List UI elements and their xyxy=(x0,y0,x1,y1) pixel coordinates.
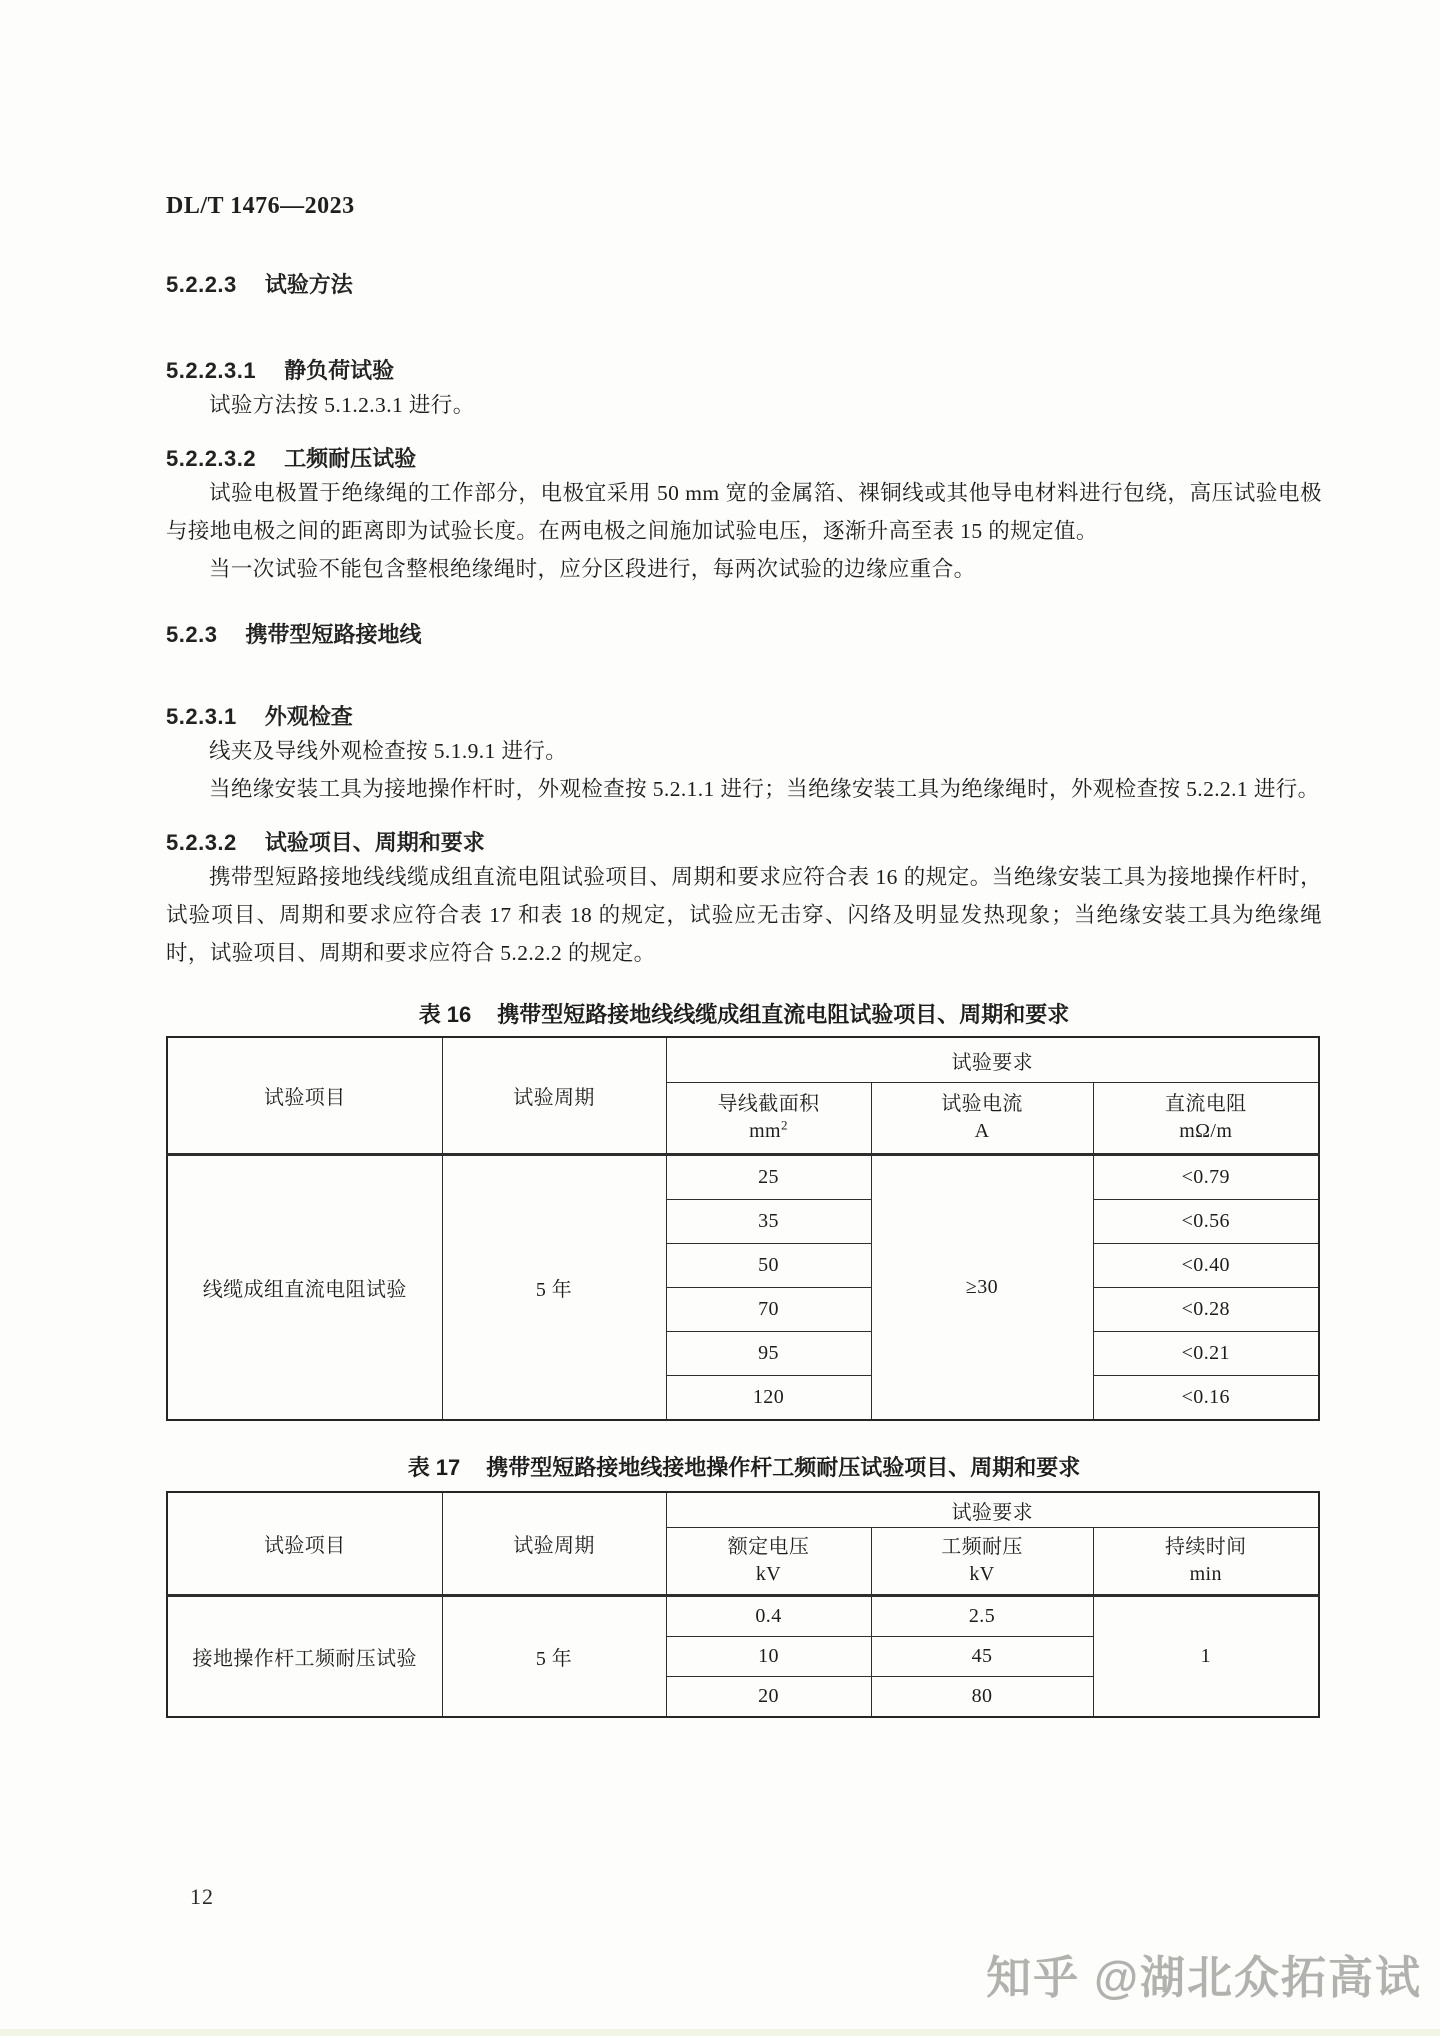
cell-resistance: <0.40 xyxy=(1093,1244,1319,1288)
document-page: DL/T 1476—2023 5.2.2.3试验方法 5.2.2.3.1静负荷试… xyxy=(0,0,1440,2036)
heading-number: 5.2.2.3.2 xyxy=(166,446,256,471)
heading-number: 5.2.2.3.1 xyxy=(166,358,256,383)
table-17-caption: 表 17携带型短路接地线接地操作杆工频耐压试验项目、周期和要求 xyxy=(166,1453,1322,1483)
subheader-unit: kV xyxy=(671,1561,867,1588)
header-cell-rated-voltage: 额定电压 kV xyxy=(666,1528,871,1596)
heading-number: 5.2.3 xyxy=(166,622,217,647)
page-number: 12 xyxy=(190,1884,214,1910)
paragraph-requirements: 携带型短路接地线线缆成组直流电阻试验项目、周期和要求应符合表 16 的规定。当绝… xyxy=(166,858,1322,972)
table-row: 接地操作杆工频耐压试验 5 年 0.4 2.5 1 xyxy=(167,1596,1319,1637)
header-cell-period: 试验周期 xyxy=(442,1037,666,1155)
header-cell-section-area: 导线截面积 mm2 xyxy=(666,1083,871,1155)
heading-title: 携带型短路接地线 xyxy=(245,622,421,647)
cell-section: 120 xyxy=(666,1376,871,1421)
paragraph-visual-check: 线夹及导线外观检查按 5.1.9.1 进行。 xyxy=(166,732,1322,770)
table-row: 线缆成组直流电阻试验 5 年 25 ≥30 <0.79 xyxy=(167,1155,1319,1200)
content-column: DL/T 1476—2023 5.2.2.3试验方法 5.2.2.3.1静负荷试… xyxy=(166,0,1322,1718)
heading-number: 5.2.3.1 xyxy=(166,704,237,729)
cell-current: ≥30 xyxy=(871,1155,1093,1421)
table-16-label: 表 16 xyxy=(419,1002,472,1027)
cell-test-item: 接地操作杆工频耐压试验 xyxy=(167,1596,442,1718)
header-cell-duration: 持续时间 min xyxy=(1093,1528,1319,1596)
scan-edge-strip xyxy=(0,2029,1440,2036)
cell-rated-voltage: 0.4 xyxy=(666,1596,871,1637)
heading-title: 外观检查 xyxy=(265,704,353,729)
table-16: 试验项目 试验周期 试验要求 导线截面积 mm2 试验电流 A 直流电阻 xyxy=(166,1036,1320,1421)
cell-resistance: <0.21 xyxy=(1093,1332,1319,1376)
heading-5-2-2-3-2: 5.2.2.3.2工频耐压试验 xyxy=(166,444,1322,474)
cell-rated-voltage: 10 xyxy=(666,1637,871,1677)
table-17: 试验项目 试验周期 试验要求 额定电压 kV 工频耐压 kV 持续时间 xyxy=(166,1491,1320,1718)
cell-period: 5 年 xyxy=(442,1596,666,1718)
watermark: 知乎@湖北众拓高试 xyxy=(986,1952,1422,2004)
header-cell-requirement: 试验要求 xyxy=(666,1037,1319,1083)
subheader-label: 持续时间 xyxy=(1098,1534,1315,1561)
header-cell-item: 试验项目 xyxy=(167,1037,442,1155)
heading-5-2-3-1: 5.2.3.1外观检查 xyxy=(166,702,1322,732)
cell-duration: 1 xyxy=(1093,1596,1319,1718)
paragraph-segments: 当一次试验不能包含整根绝缘绳时，应分区段进行，每两次试验的边缘应重合。 xyxy=(166,550,1322,588)
cell-withstand-voltage: 2.5 xyxy=(871,1596,1093,1637)
cell-section: 50 xyxy=(666,1244,871,1288)
heading-5-2-2-3: 5.2.2.3试验方法 xyxy=(166,270,1322,300)
cell-withstand-voltage: 45 xyxy=(871,1637,1093,1677)
header-cell-dc-resistance: 直流电阻 mΩ/m xyxy=(1093,1083,1319,1155)
heading-title: 工频耐压试验 xyxy=(284,446,416,471)
header-cell-item: 试验项目 xyxy=(167,1492,442,1596)
heading-number: 5.2.2.3 xyxy=(166,272,237,297)
subheader-label: 导线截面积 xyxy=(671,1091,867,1118)
heading-title: 静负荷试验 xyxy=(284,358,394,383)
subheader-unit: mΩ/m xyxy=(1098,1118,1315,1145)
cell-section: 35 xyxy=(666,1200,871,1244)
paragraph-visual-check-tools: 当绝缘安装工具为接地操作杆时，外观检查按 5.2.1.1 进行；当绝缘安装工具为… xyxy=(166,770,1322,808)
table-16-title: 携带型短路接地线线缆成组直流电阻试验项目、周期和要求 xyxy=(497,1002,1069,1027)
cell-resistance: <0.56 xyxy=(1093,1200,1319,1244)
subheader-unit: mm2 xyxy=(671,1118,867,1145)
subheader-unit: min xyxy=(1098,1561,1315,1588)
watermark-brand: 知乎 xyxy=(986,1952,1080,2003)
table-17-label: 表 17 xyxy=(408,1455,461,1480)
heading-5-2-3: 5.2.3携带型短路接地线 xyxy=(166,620,1322,650)
header-cell-requirement: 试验要求 xyxy=(666,1492,1319,1528)
cell-withstand-voltage: 80 xyxy=(871,1677,1093,1718)
subheader-unit: A xyxy=(876,1118,1089,1145)
paragraph-electrode: 试验电极置于绝缘绳的工作部分，电极宜采用 50 mm 宽的金属箔、裸铜线或其他导… xyxy=(166,474,1322,550)
header-cell-test-current: 试验电流 A xyxy=(871,1083,1093,1155)
cell-resistance: <0.79 xyxy=(1093,1155,1319,1200)
subheader-label: 额定电压 xyxy=(671,1534,867,1561)
standard-code: DL/T 1476—2023 xyxy=(166,190,1322,222)
table-17-title: 携带型短路接地线接地操作杆工频耐压试验项目、周期和要求 xyxy=(486,1455,1080,1480)
cell-resistance: <0.16 xyxy=(1093,1376,1319,1421)
watermark-user: @湖北众拓高试 xyxy=(1094,1952,1422,2003)
heading-title: 试验项目、周期和要求 xyxy=(265,830,485,855)
paragraph-test-method: 试验方法按 5.1.2.3.1 进行。 xyxy=(166,386,1322,424)
header-cell-pf-withstand: 工频耐压 kV xyxy=(871,1528,1093,1596)
heading-number: 5.2.3.2 xyxy=(166,830,237,855)
cell-section: 95 xyxy=(666,1332,871,1376)
header-cell-period: 试验周期 xyxy=(442,1492,666,1596)
table-16-header-row: 试验项目 试验周期 试验要求 xyxy=(167,1037,1319,1083)
cell-resistance: <0.28 xyxy=(1093,1288,1319,1332)
heading-5-2-2-3-1: 5.2.2.3.1静负荷试验 xyxy=(166,356,1322,386)
subheader-label: 直流电阻 xyxy=(1098,1091,1315,1118)
subheader-label: 试验电流 xyxy=(876,1091,1089,1118)
cell-section: 70 xyxy=(666,1288,871,1332)
heading-title: 试验方法 xyxy=(265,272,353,297)
subheader-unit: kV xyxy=(876,1561,1089,1588)
cell-rated-voltage: 20 xyxy=(666,1677,871,1718)
cell-section: 25 xyxy=(666,1155,871,1200)
table-16-caption: 表 16携带型短路接地线线缆成组直流电阻试验项目、周期和要求 xyxy=(166,1000,1322,1030)
heading-5-2-3-2: 5.2.3.2试验项目、周期和要求 xyxy=(166,828,1322,858)
cell-test-item: 线缆成组直流电阻试验 xyxy=(167,1155,442,1421)
cell-period: 5 年 xyxy=(442,1155,666,1421)
subheader-label: 工频耐压 xyxy=(876,1534,1089,1561)
table-17-header-row: 试验项目 试验周期 试验要求 xyxy=(167,1492,1319,1528)
